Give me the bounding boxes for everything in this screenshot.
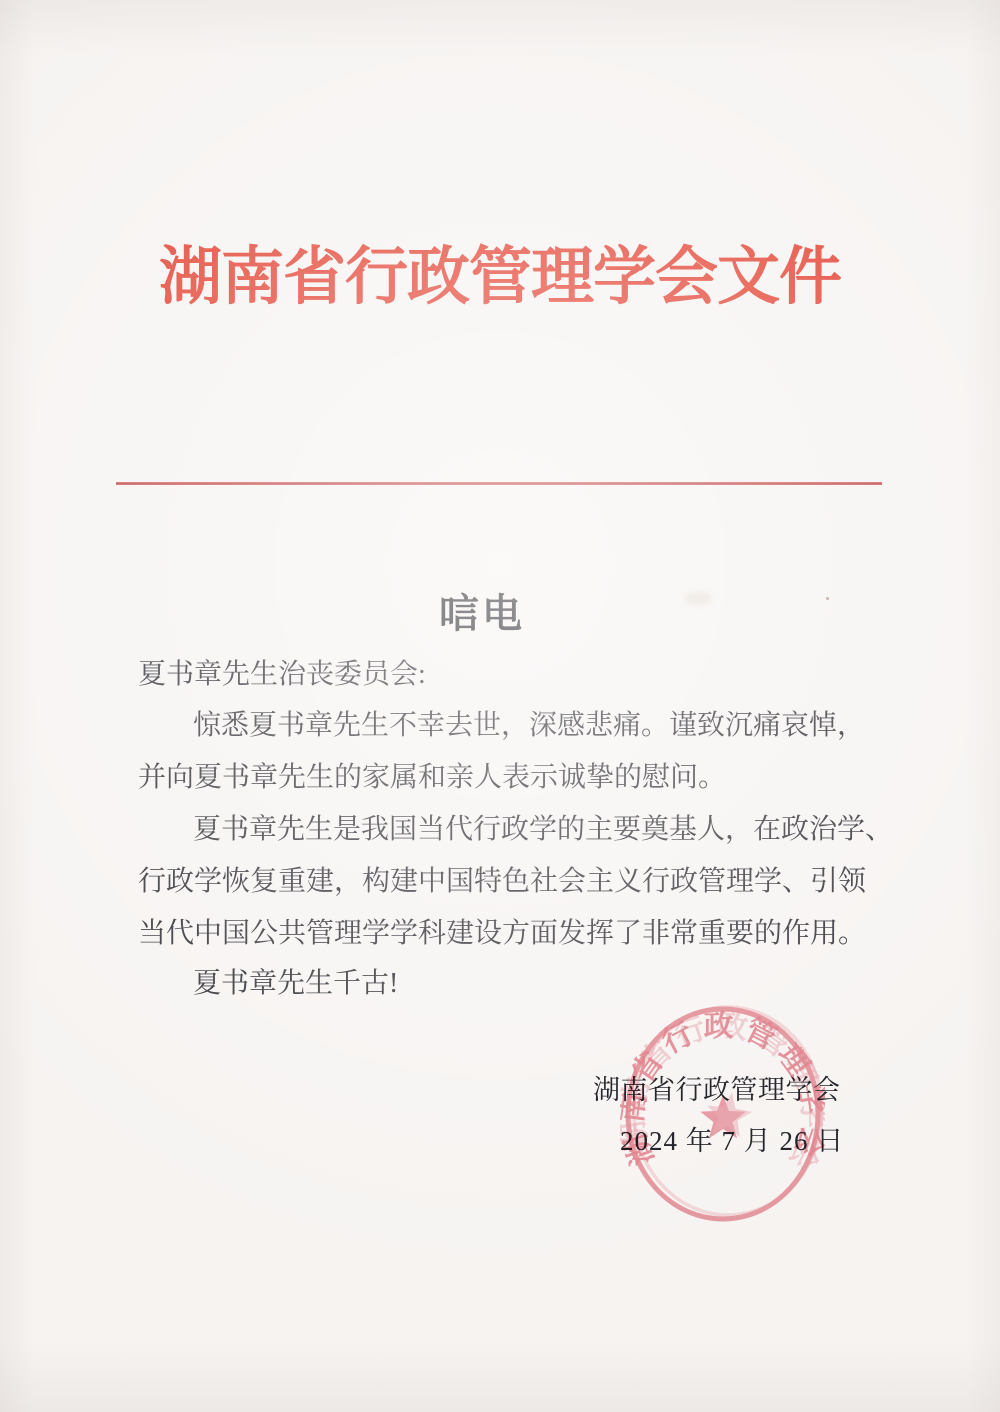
letterhead-title: 湖南省行政管理学会文件: [0, 226, 1000, 317]
letterhead-divider-rule: [116, 482, 882, 485]
document-title: 唁电: [104, 582, 860, 639]
body-line: 行政学恢复重建，构建中国特色社会主义行政管理学、引领: [138, 868, 866, 896]
body-line: 夏书章先生是我国当代行政学的主要奠基人，在政治学、: [138, 816, 893, 844]
body-line: 当代中国公共管理学学科建设方面发挥了非常重要的作用。: [138, 920, 866, 948]
salutation-line: 夏书章先生治丧委员会:: [138, 661, 426, 689]
body-line: 并向夏书章先生的家属和亲人表示诚挚的慰问。: [138, 764, 726, 792]
paper-smudge: [684, 592, 712, 605]
seal-arc-text: 湖南省行政管理学会: [620, 1010, 825, 1169]
body-line: 惊悉夏书章先生不幸去世，深感悲痛。谨致沉痛哀悼，: [138, 712, 865, 740]
paper-speck: [826, 597, 829, 600]
official-seal: 湖南省行政管理学会 湖南省行政管理学会: [620, 1002, 825, 1222]
body-line: 夏书章先生千古!: [138, 970, 398, 998]
document-page: 湖南省行政管理学会文件 唁电 夏书章先生治丧委员会: 惊悉夏书章先生不幸去世，深…: [0, 0, 1000, 1412]
